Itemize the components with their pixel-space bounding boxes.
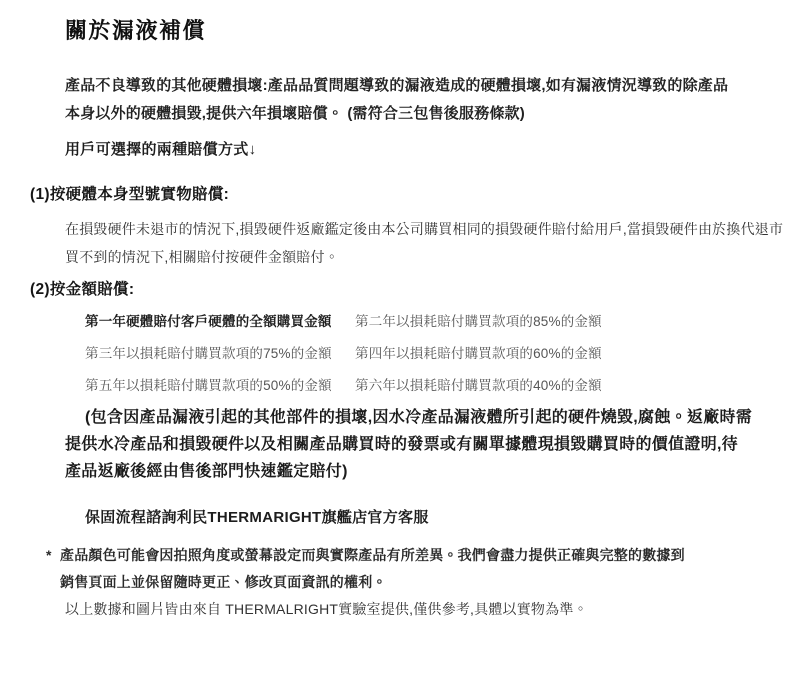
schedule-row: 第一年硬體賠付客戶硬體的全額購買金額 第二年以損耗賠付購買款項的85%的金額 — [85, 306, 800, 338]
section1-heading: (1)按硬體本身型號實物賠償: — [30, 184, 800, 205]
schedule-cell-year5: 第五年以損耗賠付購買款項的50%的金額 — [85, 370, 355, 402]
schedule-cell-year1: 第一年硬體賠付客戶硬體的全額購買金額 — [85, 306, 355, 338]
section2-heading: (2)按金額賠償: — [30, 279, 800, 300]
options-heading: 用戶可選擇的兩種賠償方式↓ — [65, 139, 800, 160]
note-line: 提供水冷產品和損毀硬件以及相關產品購買時的發票或有關單據體現損毀購買時的價值證明… — [65, 431, 800, 458]
asterisk-marker: * — [46, 542, 52, 569]
note-line: (包含因產品漏液引起的其他部件的損壞,因水冷產品漏液體所引起的硬件燒毀,腐蝕。返… — [65, 404, 800, 431]
compensation-schedule: 第一年硬體賠付客戶硬體的全額購買金額 第二年以損耗賠付購買款項的85%的金額 第… — [85, 306, 800, 402]
section1-body-line: 買不到的情況下,相關賠付按硬件金額賠付。 — [65, 243, 800, 271]
schedule-cell-year2: 第二年以損耗賠付購買款項的85%的金額 — [355, 306, 602, 338]
schedule-cell-year4: 第四年以損耗賠付購買款項的60%的金額 — [355, 338, 602, 370]
footnote-text: 產品顏色可能會因拍照角度或螢幕設定而與實際產品有所差異。我們會盡力提供正確與完整… — [60, 547, 685, 563]
intro-line: 產品不良導致的其他硬體損壞:產品品質問題導致的漏液造成的硬體損壞,如有漏液情況導… — [65, 72, 800, 100]
footnote-line: 以上數據和圖片皆由來自 THERMALRIGHT實驗室提供,僅供參考,具體以實物… — [65, 596, 800, 623]
intro-paragraph: 產品不良導致的其他硬體損壞:產品品質問題導致的漏液造成的硬體損壞,如有漏液情況導… — [65, 72, 800, 128]
note-paragraph: (包含因產品漏液引起的其他部件的損壞,因水冷產品漏液體所引起的硬件燒毀,腐蝕。返… — [65, 404, 800, 485]
warranty-support-line: 保固流程諮詢利民THERMARIGHT旗艦店官方客服 — [85, 507, 800, 528]
leak-compensation-document: 關於漏液補償 產品不良導致的其他硬體損壞:產品品質問題導致的漏液造成的硬體損壞,… — [0, 0, 800, 673]
note-line: 產品返廠後經由售後部門快速鑑定賠付) — [65, 458, 800, 485]
schedule-row: 第五年以損耗賠付購買款項的50%的金額 第六年以損耗賠付購買款項的40%的金額 — [85, 370, 800, 402]
section1-body: 在損毀硬件未退市的情況下,損毀硬件返廠鑑定後由本公司購買相同的損毀硬件賠付給用戶… — [65, 215, 800, 271]
intro-line: 本身以外的硬體損毀,提供六年損壞賠償。 (需符合三包售後服務條款) — [65, 100, 800, 128]
footnote-block: * 產品顏色可能會因拍照角度或螢幕設定而與實際產品有所差異。我們會盡力提供正確與… — [60, 542, 800, 623]
page-title: 關於漏液補償 — [0, 0, 800, 44]
section1-body-line: 在損毀硬件未退市的情況下,損毀硬件返廠鑑定後由本公司購買相同的損毀硬件賠付給用戶… — [65, 215, 800, 243]
footnote-line: 銷售頁面上並保留隨時更正、修改頁面資訊的權利。 — [60, 569, 800, 596]
schedule-row: 第三年以損耗賠付購買款項的75%的金額 第四年以損耗賠付購買款項的60%的金額 — [85, 338, 800, 370]
schedule-cell-year6: 第六年以損耗賠付購買款項的40%的金額 — [355, 370, 602, 402]
schedule-cell-year3: 第三年以損耗賠付購買款項的75%的金額 — [85, 338, 355, 370]
footnote-line: * 產品顏色可能會因拍照角度或螢幕設定而與實際產品有所差異。我們會盡力提供正確與… — [60, 542, 800, 569]
